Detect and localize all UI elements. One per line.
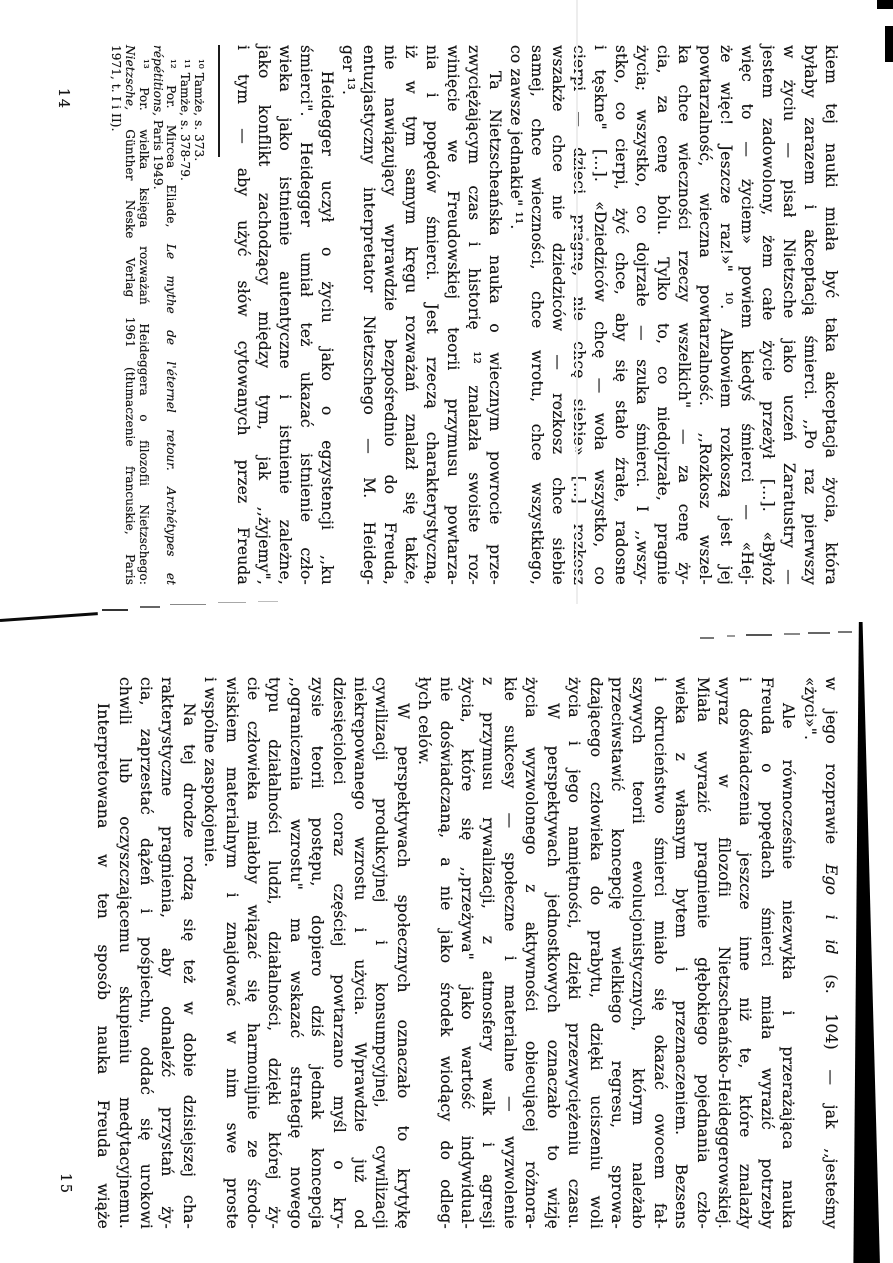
text-line: z przymusu rywalizacji, z atmosfery walk… [477, 677, 498, 1229]
footnote-line: 1971, t. I i II). [108, 45, 122, 585]
italic-text: répétitions, [151, 45, 165, 116]
italic-text: Ego i id [822, 864, 840, 955]
text-segment: wieka jako istnienie autentyczne i istni… [276, 45, 294, 585]
text-line: jestem zadowolony, żem całe życie przeży… [757, 45, 778, 585]
text-line: Interpretowana w ten sposób nauka Freuda… [92, 677, 113, 1229]
page-15-scan: w jego rozprawie Ego i id (s. 104) — jak… [0, 617, 893, 1263]
text-segment: Heidegger uczył o życiu jako o egzystenc… [318, 71, 336, 585]
page-edge-dash [258, 601, 278, 602]
text-segment: przeciwstawić koncepcję wielkiego regres… [608, 677, 626, 1229]
text-line: więc to — życiem» powiem kiedyś śmierci … [736, 45, 757, 585]
text-line: cia, zaprzestać dążeń i pośpiechu, oddać… [135, 677, 156, 1229]
text-segment: życia, które się ,,przeżywa" jako wartoś… [458, 677, 476, 1229]
footnote-line: ¹⁰ Tamże, s. 373. [191, 45, 205, 585]
text-line: entuzjastyczny interpretator Nietzschego… [358, 45, 379, 585]
text-line: cywilizacji produkcyjnej i konsumpcyjnej… [370, 677, 391, 1229]
text-line: typu działalności ludzi, działalności, d… [263, 677, 284, 1229]
text-line: stko, co cierpi, żyć chce, aby się stało… [610, 45, 631, 585]
text-line: szywych teorii ewolucjonistycznych, któr… [627, 677, 648, 1229]
text-segment: ¹³ Por. wielka księga rozważań Heidegger… [137, 59, 151, 585]
text-segment: zwyciężającym czas i historię ¹² znalazł… [465, 45, 483, 585]
text-segment: stko, co cierpi, żyć chce, aby się stało… [612, 45, 630, 585]
text-line: łych celów. [413, 677, 434, 1229]
text-line: wiskiem materialnym i znajdować w nim sw… [220, 677, 241, 1229]
text-line: życia, które się ,,przeżywa" jako wartoś… [456, 677, 477, 1229]
text-line: ,,ograniczenia wzrostu" ma wskazać strat… [284, 677, 305, 1229]
page-edge-dash [218, 602, 246, 603]
text-segment: w jego rozprawie [822, 677, 840, 864]
text-segment: życia; wszystko, co dojrzałe — szuka śmi… [633, 45, 651, 585]
text-segment: nia i popędów śmierci. Jest rzeczą chara… [423, 45, 441, 585]
text-segment: W perspektywach jednostkowych oznaczało … [544, 703, 562, 1229]
page-edge-dash [140, 606, 160, 608]
text-line: wieka jako istnienie autentyczne i istni… [274, 45, 295, 585]
text-segment: i doświadczenia jeszcze inne niż te, któ… [736, 677, 754, 1229]
text-line: śmierci". Heidegger umiał też ukazać ist… [295, 45, 316, 585]
page-14-sheet: kiem tej nauki miała być taka akceptacja… [0, 0, 893, 617]
text-segment: życia i jego namiętności, dzięki przezwy… [565, 677, 583, 1229]
page-15-text-block: w jego rozprawie Ego i id (s. 104) — jak… [92, 677, 841, 1229]
text-segment: rakterystyczne pragnienia, aby odnaleźć … [158, 677, 176, 1229]
page-14-footnotes: ¹⁰ Tamże, s. 373.¹¹ Tamże, s. 378-79.¹² … [108, 45, 205, 585]
text-line: nie doświadczaną, a nie jako środek wiod… [434, 677, 455, 1229]
text-segment: że więc! Jeszcze raz!»" ¹⁰. Albowiem roz… [717, 45, 735, 585]
text-segment: życia wyzwolonego z aktywności obiecując… [522, 677, 540, 1229]
text-segment: dziesięcioleci coraz częściej powtarzano… [330, 677, 348, 1229]
text-line: i doświadczenia jeszcze inne niż te, któ… [734, 677, 755, 1229]
text-line: byłaby zarazem i akceptacją śmierci. ,,P… [799, 45, 820, 585]
text-line: cie człowieka miałoby wiązać się harmoni… [242, 677, 263, 1229]
text-segment: wszakże chce nie dziedziców — rozkosz ch… [549, 45, 567, 585]
text-line: kie sukcesy — społeczne i materialne — w… [499, 677, 520, 1229]
footnote-line: répétitions, Paris 1949. [150, 45, 164, 585]
text-segment: (s. 104) — jak ,,jesteśmy [822, 955, 840, 1229]
text-segment: Ale równocześnie niezwykła i przerażając… [779, 703, 797, 1229]
page-edge-dash [808, 632, 830, 634]
text-line: powtarzalność, wieczna powtarzalność. ,,… [694, 45, 715, 585]
text-line: niekrępowanego wzrostu i użycia. Wprawdz… [349, 677, 370, 1229]
text-segment: łych celów. [415, 677, 433, 765]
text-line: i wspólne zaspokojenie. [199, 677, 220, 1229]
text-line: rakterystyczne pragnienia, aby odnaleźć … [156, 677, 177, 1229]
text-segment: śmierci". Heidegger umiał też ukazać ist… [297, 45, 315, 585]
text-segment: i okrucieństwo śmierci miało się okazać … [651, 677, 669, 1229]
text-segment: jako konflikt zachodzący między tym, jak… [255, 45, 273, 585]
text-segment: byłaby zarazem i akceptacją śmierci. ,,P… [801, 45, 819, 585]
page-edge-dash [102, 609, 128, 611]
text-segment: zysie teorii postępu, dopiero dziś jedna… [308, 677, 326, 1229]
page-number-14: 14 [55, 88, 71, 109]
scan-edge-artifact [885, 26, 893, 62]
text-line: życia i jego namiętności, dzięki przezwy… [563, 677, 584, 1229]
text-line: co zawsze jednakie" ¹¹. [505, 45, 526, 585]
text-segment: wieka z własnym bytem i przeznaczeniem. … [672, 677, 690, 1229]
text-segment: ¹¹ Tamże, s. 378-79. [178, 59, 192, 181]
text-segment: więc to — życiem» powiem kiedyś śmierci … [738, 45, 756, 585]
ink-speck [586, 238, 589, 241]
text-segment: Freuda o popędach śmierci miała wyrazić … [758, 677, 776, 1229]
footnote-separator-rule [218, 45, 220, 157]
text-line: Ale równocześnie niezwykła i przerażając… [777, 677, 798, 1229]
footnote-line: ¹² Por. Mircea Eliade, Le mythe de l'éte… [164, 45, 178, 585]
text-segment: ger ¹³. [339, 45, 357, 95]
text-line: kiem tej nauki miała być taka akceptacja… [820, 45, 841, 585]
text-line: i tęskne" [...]. «Dziedziców chcę — woła… [589, 45, 610, 585]
text-line: Ta Nietzscheańska nauka o wiecznym powro… [484, 45, 505, 585]
text-line: zwyciężającym czas i historię ¹² znalazł… [463, 45, 484, 585]
page-14-text-block: kiem tej nauki miała być taka akceptacja… [232, 45, 841, 585]
page-15-sheet: w jego rozprawie Ego i id (s. 104) — jak… [0, 617, 893, 1263]
text-segment: winięcie we Freudowskiej teorii przymusu… [444, 45, 462, 585]
text-line: cia, za cenę bólu. Tylko to, co niedojrz… [652, 45, 673, 585]
text-segment: Ta Nietzscheańska nauka o wiecznym powro… [486, 71, 504, 585]
text-line: nia i popędów śmierci. Jest rzeczą chara… [421, 45, 442, 585]
text-line: iż w tym samym kręgu rozważań znalazł si… [400, 45, 421, 585]
text-line: Miała wyrazić pragnienie głębokiego poje… [691, 677, 712, 1229]
text-line: życia; wszystko, co dojrzałe — szuka śmi… [631, 45, 652, 585]
text-segment: chwili lub oczyszczającemu skupieniu med… [116, 677, 134, 1229]
text-segment: entuzjastyczny interpretator Nietzschego… [360, 45, 378, 585]
text-segment: z przymusu rywalizacji, z atmosfery walk… [480, 677, 498, 1229]
text-segment: niekrępowanego wzrostu i użycia. Wprawdz… [351, 677, 369, 1229]
text-segment: samej, chce wieczności, chce wrotu, chce… [528, 45, 546, 585]
ink-speck [558, 404, 561, 407]
text-line: że więc! Jeszcze raz!»" ¹⁰. Albowiem roz… [715, 45, 736, 585]
text-line: wyraz w filozofii Nietzscheańsko-Heidegg… [713, 677, 734, 1229]
text-line: cierpi — dzieci pragnę, nie chcę siebie»… [568, 45, 589, 585]
page-edge-dash [727, 635, 735, 637]
text-line: Heidegger uczył o życiu jako o egzystenc… [316, 45, 337, 585]
text-segment: Miała wyrazić pragnienie głębokiego poje… [694, 677, 712, 1229]
text-segment: nie nawiązujący wprawdzie bezpośrednio d… [381, 45, 399, 585]
text-line: samej, chce wieczności, chce wrotu, chce… [526, 45, 547, 585]
page-number-15: 15 [57, 1173, 73, 1194]
page-edge-dash [838, 631, 852, 633]
text-line: ger ¹³. [337, 45, 358, 585]
text-line: W perspektywach społecznych oznaczało to… [391, 677, 412, 1229]
text-segment: szywych teorii ewolucjonistycznych, któr… [629, 677, 647, 1229]
page-14-scan: kiem tej nauki miała być taka akceptacja… [0, 0, 893, 617]
text-segment: ¹⁰ Tamże, s. 373. [192, 59, 206, 161]
footnote-line: ¹³ Por. wielka księga rozważań Heidegger… [136, 45, 150, 585]
text-line: życia wyzwolonego z aktywności obiecując… [520, 677, 541, 1229]
text-segment: powtarzalność, wieczna powtarzalność. ,,… [696, 45, 714, 585]
text-line: i okrucieństwo śmierci miało się okazać … [648, 677, 669, 1229]
footnote-line: ¹¹ Tamże, s. 378-79. [177, 45, 191, 585]
ink-speck [404, 580, 407, 583]
text-segment: cywilizacji produkcyjnej i konsumpcyjnej… [372, 677, 390, 1229]
scanned-book-spread: kiem tej nauki miała być taka akceptacja… [0, 0, 893, 1263]
text-segment: wiskiem materialnym i znajdować w nim sw… [223, 677, 241, 1229]
text-line: jako konflikt zachodzący między tym, jak… [253, 45, 274, 585]
page-edge-dash [170, 604, 206, 605]
text-segment: co zawsze jednakie" ¹¹. [507, 45, 525, 230]
text-segment: i tęskne" [...]. «Dziedziców chcę — woła… [591, 45, 609, 585]
text-line: chwili lub oczyszczającemu skupieniu med… [113, 677, 134, 1229]
text-segment: iż w tym samym kręgu rozważań znalazł si… [402, 45, 420, 585]
text-segment: jestem zadowolony, żem całe życie przeży… [759, 45, 777, 585]
text-segment: cia, za cenę bólu. Tylko to, co niedojrz… [654, 45, 672, 585]
text-segment: wyraz w filozofii Nietzscheańsko-Heidegg… [715, 677, 733, 1229]
fold-streak [576, 0, 578, 604]
scan-edge-artifact [877, 0, 893, 9]
text-segment: cia, zaprzestać dążeń i pośpiechu, oddać… [137, 677, 155, 1229]
text-line: w życiu — pisał Nietzsche jako uczeń Zar… [778, 45, 799, 585]
text-segment: 1971, t. I i II). [109, 45, 123, 132]
text-line: winięcie we Freudowskiej teorii przymusu… [442, 45, 463, 585]
text-segment: Interpretowana w ten sposób nauka Freuda… [94, 703, 112, 1229]
text-line: zysie teorii postępu, dopiero dziś jedna… [306, 677, 327, 1229]
text-line: Freuda o popędach śmierci miała wyrazić … [755, 677, 776, 1229]
footnote-line: Nietzsche, Günther Neske Verlag 1961 (tł… [122, 45, 136, 585]
text-segment: ,,ograniczenia wzrostu" ma wskazać strat… [287, 677, 305, 1229]
text-segment: typu działalności ludzi, działalności, d… [265, 677, 283, 1229]
italic-text: Nietzsche, [123, 45, 137, 110]
text-segment: i wspólne zaspokojenie. [201, 677, 219, 867]
text-segment: «życi»". [801, 677, 819, 740]
text-segment: kiem tej nauki miała być taka akceptacja… [822, 45, 840, 585]
text-line: ka chce wieczności rzeczy wszelkich" — z… [673, 45, 694, 585]
text-line: w jego rozprawie Ego i id (s. 104) — jak… [820, 677, 841, 1229]
text-segment: Na tej drodze rodzą się też w dobie dzis… [180, 703, 198, 1229]
text-segment: dzającego człowieka do prabytu, dzięki u… [587, 677, 605, 1229]
text-segment: ¹² Por. Mircea Eliade, [164, 59, 178, 244]
text-segment: cierpi — dzieci pragnę, nie chcę siebie»… [570, 45, 588, 585]
text-line: dzającego człowieka do prabytu, dzięki u… [584, 677, 605, 1229]
page-edge-dash [746, 634, 772, 636]
italic-text: Le mythe de l'éternel retour. Archétypes… [164, 244, 178, 585]
text-line: i tym — aby użyć słów cytowanych przez F… [232, 45, 253, 585]
text-line: wieka z własnym bytem i przeznaczeniem. … [670, 677, 691, 1229]
page-edge-dash [784, 633, 800, 635]
text-segment: Günther Neske Verlag 1961 (tłumaczenie f… [123, 110, 137, 585]
text-line: przeciwstawić koncepcję wielkiego regres… [606, 677, 627, 1229]
text-segment: cie człowieka miałoby wiązać się harmoni… [244, 677, 262, 1229]
text-line: wszakże chce nie dziedziców — rozkosz ch… [547, 45, 568, 585]
text-segment: Paris 1949. [151, 116, 165, 190]
text-segment: kie sukcesy — społeczne i materialne — w… [501, 677, 519, 1229]
text-segment: nie doświadczaną, a nie jako środek wiod… [437, 677, 455, 1229]
text-line: nie nawiązujący wprawdzie bezpośrednio d… [379, 45, 400, 585]
text-line: W perspektywach jednostkowych oznaczało … [541, 677, 562, 1229]
text-segment: w życiu — pisał Nietzsche jako uczeń Zar… [780, 45, 798, 585]
text-line: Na tej drodze rodzą się też w dobie dzis… [177, 677, 198, 1229]
text-line: dziesięcioleci coraz częściej powtarzano… [327, 677, 348, 1229]
text-segment: i tym — aby użyć słów cytowanych przez F… [234, 45, 252, 585]
text-segment: W perspektywach społecznych oznaczało to… [394, 703, 412, 1229]
page-edge-dash [700, 637, 714, 639]
text-segment: ka chce wieczności rzeczy wszelkich" — z… [675, 45, 693, 585]
text-line: «życi»". [798, 677, 819, 1229]
